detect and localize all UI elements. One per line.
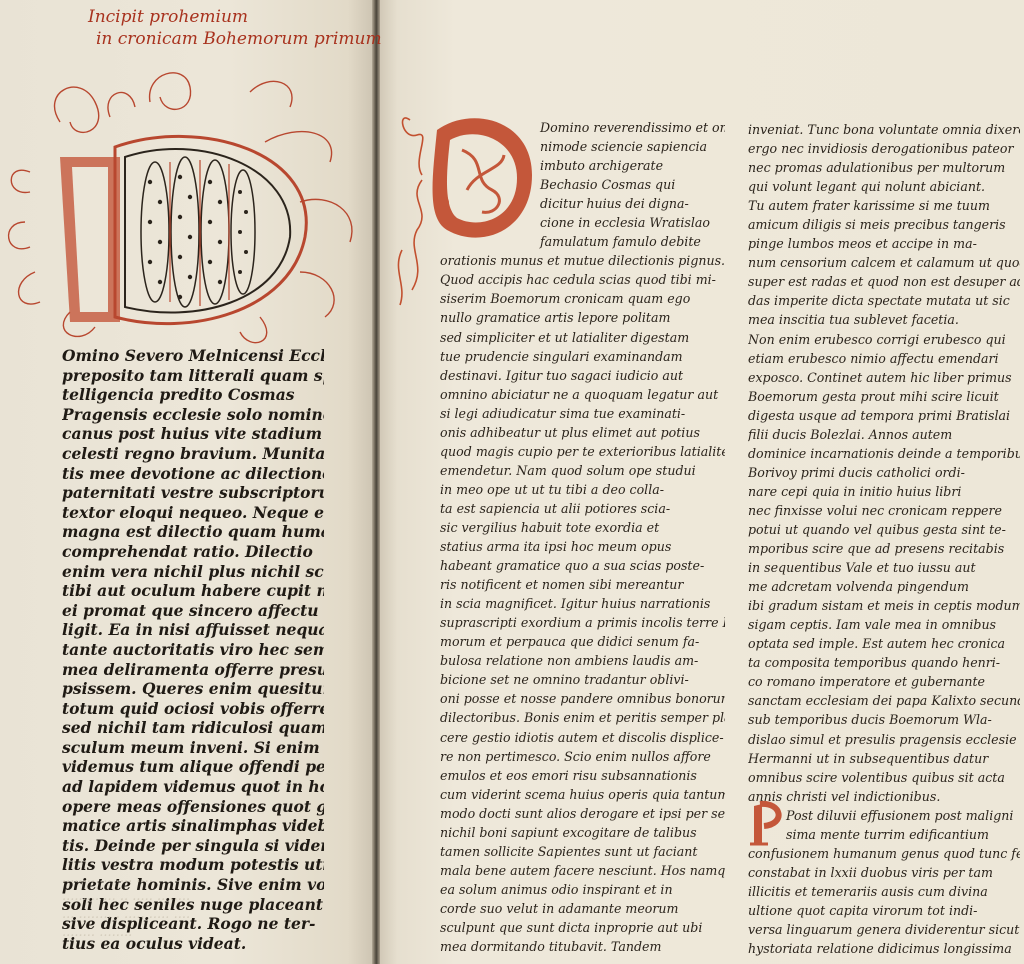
text-line: ........ ........	[62, 924, 190, 942]
text-line: cere gestio idiotis autem et discolis di…	[440, 728, 725, 747]
rubric-line: in cronicam Bohemorum primum	[88, 29, 382, 49]
text-line: ........ ... .... ....	[62, 870, 190, 888]
text-line: in meo ope ut ut tu tibi a deo colla-	[440, 480, 725, 499]
text-line: hystoriata relatione didicimus longissim…	[748, 939, 1020, 958]
text-line: sculpunt que sunt dicta inproprie aut ub…	[440, 918, 725, 937]
text-line: habeant gramatice quo a sua scias poste-	[440, 556, 725, 575]
text-line: Boemorum gesta prout mihi scire licuit	[748, 387, 1020, 406]
rubric-heading: Incipit prohemium in cronicam Bohemorum …	[88, 6, 382, 50]
text-line: mporibus scire que ad presens recitabis	[748, 539, 1020, 558]
text-line: Omino Severo Melnicensi Ecclesie	[62, 346, 324, 366]
text-line: mala bene autem facere nesciunt. Hos nam…	[440, 861, 725, 880]
text-line: sanctam ecclesiam dei papa Kalixto secun…	[748, 691, 1020, 710]
text-line: ta est sapiencia ut alii potiores scia-	[440, 499, 725, 518]
text-line: illicitis et temerariis ausis cum divina	[748, 882, 1020, 901]
text-line: Quod accipis hac cedula scias quod tibi …	[440, 270, 725, 289]
text-line: Borivoy primi ducis catholici ordi-	[748, 463, 1020, 482]
text-line: inveniat. Tunc bona voluntate omnia dixe…	[748, 120, 1020, 139]
decorated-initial-d-icon	[0, 62, 372, 352]
text-line: dominice incarnationis deinde a temporib…	[748, 444, 1020, 463]
text-line: dicitur huius dei digna-	[440, 194, 725, 213]
text-line: sigam ceptis. Iam vale mea in omnibus	[748, 615, 1020, 634]
middle-column-text-block: Domino reverendissimo et om- nimode scie…	[440, 118, 725, 956]
text-line: das imperite dicta spectate mutata ut si…	[748, 291, 1020, 310]
text-line: bulosa relatione non ambiens laudis am-	[440, 651, 725, 670]
text-line: preposito tam litterali quam spirituali …	[62, 366, 324, 386]
text-line: si legi adiudicatur sima tue examinati-	[440, 404, 725, 423]
text-line: exposco. Continet autem hic liber primus	[748, 368, 1020, 387]
text-line: nare cepi quia in initio huius libri	[748, 482, 1020, 501]
text-line: ta composita temporibus quando henri-	[748, 653, 1020, 672]
text-line: Post diluvii effusionem post maligni	[748, 806, 1020, 825]
text-line: imbuto archigerate	[440, 156, 725, 175]
text-line: constabat in lxxii duobus viris per tam	[748, 863, 1020, 882]
text-line: matice artis sinalimphas videbi-	[62, 816, 324, 836]
text-line: pinge lumbos meos et accipe in ma-	[748, 234, 1020, 253]
text-line: ... ........ . ..... ..... ....	[62, 906, 190, 924]
text-line: sed nichil tam ridiculosi quam opu-	[62, 718, 324, 738]
text-line: tante auctoritatis viro hec semina	[62, 640, 324, 660]
text-line: tis mee devotione ac dilectione	[62, 464, 324, 484]
show-through-text: ........ ... .... .... ......... ... .. …	[62, 870, 190, 942]
text-line: confusionem humanum genus quod tunc fere	[748, 844, 1020, 863]
text-line: qui volunt legant qui nolunt abiciant.	[748, 177, 1020, 196]
text-line: nullo gramatice artis lepore politam	[440, 308, 725, 327]
text-line: etiam erubesco nimio affectu emendari	[748, 349, 1020, 368]
text-line: destinavi. Igitur tuo sagaci iudicio aut	[440, 366, 725, 385]
text-line: canus post huius vite stadium in	[62, 424, 324, 444]
text-line: totum quid ociosi vobis offerre.	[62, 699, 324, 719]
text-line: enim vera nichil plus nichil scire	[62, 562, 324, 582]
text-line: tamen sollicite Sapientes sunt ut facian…	[440, 842, 725, 861]
text-line: co romano imperatore et gubernante	[748, 672, 1020, 691]
text-line: onis adhibeatur ut plus elimet aut potiu…	[440, 423, 725, 442]
text-line: mea inscitia tua sublevet facetia.	[748, 310, 1020, 329]
book-gutter	[372, 0, 380, 964]
text-line: amicum diligis si meis precibus tangeris	[748, 215, 1020, 234]
text-line: paternitati vestre subscriptorum dum	[62, 483, 324, 503]
text-line: mea deliramenta offerre presu-	[62, 660, 324, 680]
text-line: filii ducis Bolezlai. Annos autem	[748, 425, 1020, 444]
text-line: Bechasio Cosmas qui	[440, 175, 725, 194]
text-line: sic vergilius habuit tote exordia et	[440, 518, 725, 537]
text-line: cione in ecclesia Wratislao	[440, 213, 725, 232]
text-line: oni posse et nosse pandere omnibus bonor…	[440, 689, 725, 708]
text-line: Pragensis ecclesie solo nomine de-	[62, 405, 324, 425]
text-line: me adcretam volvenda pingendum	[748, 577, 1020, 596]
text-line: ergo nec invidiosis derogationibus pateo…	[748, 139, 1020, 158]
text-line: nec promas adulationibus per multorum	[748, 158, 1020, 177]
text-line: bicione set ne omnino tradantur oblivi-	[440, 670, 725, 689]
text-line: dislao simul et presulis pragensis eccle…	[748, 730, 1020, 749]
right-column-text-block: inveniat. Tunc bona voluntate omnia dixe…	[748, 120, 1020, 958]
text-line: sima mente turrim edificantium	[748, 825, 1020, 844]
text-line: siserim Boemorum cronicam quam ego	[440, 289, 725, 308]
text-line: celesti regno bravium. Munita me-	[62, 444, 324, 464]
text-line: sub temporibus ducis Boemorum Wla-	[748, 710, 1020, 729]
text-line: re non pertimesco. Scio enim nullos affo…	[440, 747, 725, 766]
text-line: digesta usque ad tempora primi Bratislai	[748, 406, 1020, 425]
text-line: sculum meum inveni. Si enim suavit	[62, 738, 324, 758]
text-line: in scia magnificet. Igitur huius narrati…	[440, 594, 725, 613]
text-line: emulos et eos emori risu subsannationis	[440, 766, 725, 785]
text-line: psissem. Queres enim quesitum quid	[62, 679, 324, 699]
text-line: videmus tum alique offendi pede	[62, 757, 324, 777]
text-line: morum et perpauca que didici senum fa-	[440, 632, 725, 651]
text-line: statius arma ita ipsi hoc meum opus	[440, 537, 725, 556]
text-line: omnibus scire volentibus quibus sit acta	[748, 768, 1020, 787]
text-line: versa linguarum genera dividerentur sicu…	[748, 920, 1020, 939]
text-line: ......... ... .. ..... .. .....	[62, 888, 190, 906]
text-line: optata sed imple. Est autem hec cronica	[748, 634, 1020, 653]
text-line: cum viderint scema huius operis quia tan…	[440, 785, 725, 804]
text-line: tue prudencie singulari examinandam	[440, 347, 725, 366]
text-line: ad lapidem videmus quot in hoc	[62, 777, 324, 797]
text-line: Domino reverendissimo et om-	[440, 118, 725, 137]
text-line: ea solum animus odio inspirant et in	[440, 880, 725, 899]
text-line: telligencia predito Cosmas	[62, 385, 324, 405]
text-line: ris notificent et nomen sibi mereantur	[440, 575, 725, 594]
text-line: corde suo velut in adamante meorum	[440, 899, 725, 918]
text-line: dilectoribus. Bonis enim et peritis semp…	[440, 708, 725, 727]
text-line: nec finxisse volui nec cronicam reppere	[748, 501, 1020, 520]
text-line: famulatum famulo debite	[440, 232, 725, 251]
text-line: in sequentibus Vale et tuo iussu aut	[748, 558, 1020, 577]
rubric-line: Incipit prohemium	[88, 7, 248, 27]
text-line: num censorium calcem et calamum ut quod	[748, 253, 1020, 272]
text-line: modo docti sunt alios derogare et ipsi p…	[440, 804, 725, 823]
text-line: magna est dilectio quam humana	[62, 522, 324, 542]
left-page-text-block: Omino Severo Melnicensi Ecclesie preposi…	[62, 346, 324, 953]
text-line: Tu autem frater karissime si me tuum	[748, 196, 1020, 215]
text-line: annis christi vel indictionibus.	[748, 787, 1020, 806]
text-line: nichil boni sapiunt excogitare de talibu…	[440, 823, 725, 842]
text-line: Hermanni ut in subsequentibus datur	[748, 749, 1020, 768]
text-line: Non enim erubesco corrigi erubesco qui	[748, 330, 1020, 349]
text-line: suprascripti exordium a primis incolis t…	[440, 613, 725, 632]
text-line: opere meas offensiones quot gra-	[62, 797, 324, 817]
text-line: super est radas et quod non est desuper …	[748, 272, 1020, 291]
text-line: sed simpliciter et ut latialiter digesta…	[440, 328, 725, 347]
text-line: ultione quot capita virorum tot indi-	[748, 901, 1020, 920]
text-line: nimode sciencie sapiencia	[440, 137, 725, 156]
text-line: quod magis cupio per te exterioribus lat…	[440, 442, 725, 461]
text-line: ibi gradum sistam et meis in ceptis modu…	[748, 596, 1020, 615]
text-line: potui ut quando vel quibus gesta sint te…	[748, 520, 1020, 539]
text-line: tis. Deinde per singula si videre ve-	[62, 836, 324, 856]
text-line: orationis munus et mutue dilectionis pig…	[440, 251, 725, 270]
text-line: omnino abiciatur ne a quoquam legatur au…	[440, 385, 725, 404]
text-line: mea dormitando titubavit. Tandem	[440, 937, 725, 956]
text-line: emendetur. Nam quod solum ope studui	[440, 461, 725, 480]
text-line: comprehendat ratio. Dilectio	[62, 542, 324, 562]
text-line: ei promat que sincero affectu di-	[62, 601, 324, 621]
text-line: tibi aut oculum habere cupit non	[62, 581, 324, 601]
text-line: ligit. Ea in nisi affuisset nequaquam	[62, 620, 324, 640]
text-line: textor eloqui nequeo. Neque enim	[62, 503, 324, 523]
